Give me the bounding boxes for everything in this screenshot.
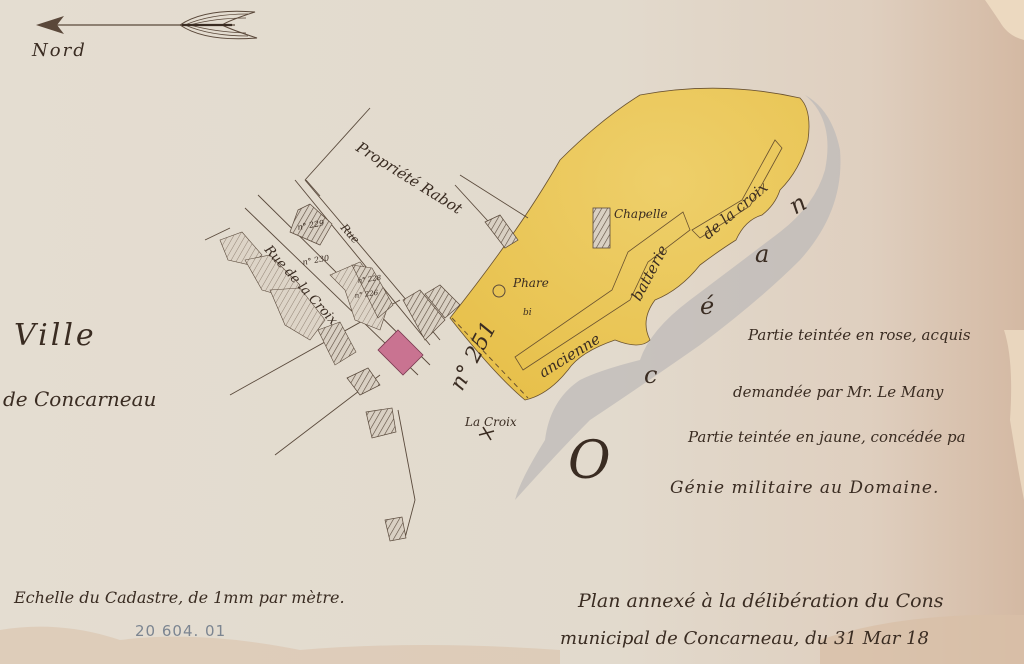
ocean-letter-o: O bbox=[568, 431, 611, 491]
legend-line1: Partie teintée en rose, acquis bbox=[748, 326, 971, 344]
ocean-letter-e: é bbox=[700, 292, 714, 320]
title-line1: Plan annexé à la délibération du Cons bbox=[578, 590, 944, 612]
compass-label: Nord bbox=[32, 40, 87, 61]
parcel-251-bis-label: bi bbox=[523, 308, 532, 318]
torn-edge bbox=[985, 0, 1024, 40]
ocean-letter-a: a bbox=[755, 240, 769, 268]
chapel-icon bbox=[593, 208, 610, 248]
title-line2: municipal de Concarneau, du 31 Mar 18 bbox=[560, 628, 929, 649]
chapelle-label: Chapelle bbox=[614, 207, 668, 221]
legend-line2: demandée par Mr. Le Many bbox=[733, 383, 943, 401]
parcel-230-label: n° 230 bbox=[302, 253, 330, 267]
ocean-letter-c: c bbox=[644, 361, 657, 389]
scale-note: Echelle du Cadastre, de 1mm par mètre. bbox=[14, 588, 345, 607]
map-sheet: Propriété Rabot Rue Rue de la Croix n° 2… bbox=[0, 0, 1024, 664]
rose-parcel bbox=[378, 330, 423, 375]
north-arrow-icon bbox=[36, 11, 257, 39]
town-label-line2: de Concarneau bbox=[3, 387, 156, 411]
rue-label: Rue bbox=[337, 221, 362, 247]
propriete-label: Propriété Rabot bbox=[352, 138, 466, 219]
legend-line4: Génie militaire au Domaine. bbox=[670, 478, 939, 498]
legend-line3: Partie teintée en jaune, concédée pa bbox=[688, 428, 966, 446]
phare-label: Phare bbox=[512, 276, 549, 290]
archive-reference: 20 604. 01 bbox=[135, 622, 226, 640]
la-croix-label: La Croix bbox=[464, 415, 517, 429]
town-label-line1: Ville bbox=[14, 318, 97, 353]
